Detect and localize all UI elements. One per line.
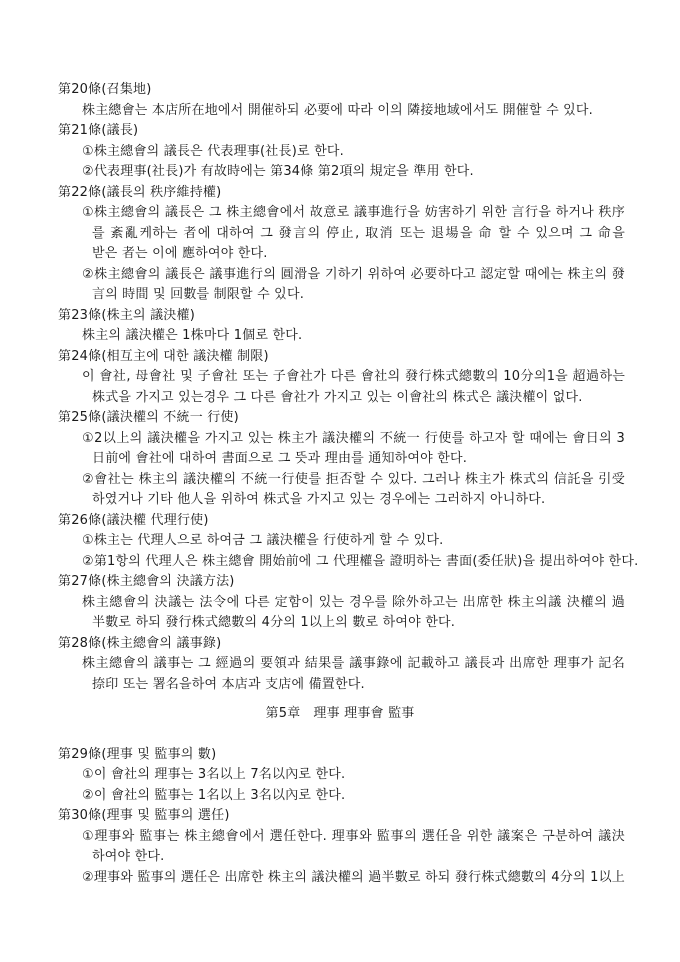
article-title: 第25條(議決權의 不統一 行使)	[58, 408, 680, 429]
article-title: 第30條(理事 및 監事의 選任)	[58, 806, 680, 827]
clause-line: ②이 會社의 監事는 1名以上 3名以內로 한다.	[82, 786, 680, 807]
article-title: 第29條(理事 및 監事의 數)	[58, 745, 680, 766]
clause-line: ①2以上의 議決權을 가지고 있는 株主가 議決權의 不統一 行使를 하고자 할…	[82, 429, 625, 450]
continuation-line: 를 紊亂케하는 者에 대하여 그 發言의 停止, 取消 또는 退場을 命 할 수…	[92, 224, 625, 245]
document-body: 第20條(召集地)株主總會는 本店所在地에서 開催하되 必要에 따라 이의 隣接…	[0, 80, 680, 888]
article-title: 第22條(議長의 秩序維持權)	[58, 183, 680, 204]
article-title: 第21條(議長)	[58, 121, 680, 142]
article-title: 第23條(株主의 議決權)	[58, 306, 680, 327]
clause-line: ②株主總會의 議長은 議事進行의 圓滑을 기하기 위하여 必要하다고 認定할 때…	[82, 265, 625, 286]
clause-line: ②會社는 株主의 議決權의 不統一行使를 拒否할 수 있다. 그러나 株主가 株…	[82, 470, 625, 491]
document-page: 第20條(召集地)株主總會는 本店所在地에서 開催하되 必要에 따라 이의 隣接…	[0, 0, 680, 962]
continuation-line: 捺印 또는 署名을하여 本店과 支店에 備置한다.	[92, 675, 680, 696]
continuation-line: 하였거나 기타 他人을 위하여 株式을 가지고 있는 경우에는 그러하지 아니하…	[92, 490, 680, 511]
clause-line: ②代表理事(社長)가 有故時에는 第34條 第2項의 規定을 準用 한다.	[82, 162, 680, 183]
article-title: 第27條(株主總會의 決議方法)	[58, 572, 680, 593]
paragraph-line: 株主總會의 決議는 法令에 다른 定함이 있는 경우를 除外하고는 出席한 株主…	[82, 593, 625, 614]
continuation-line: 日前에 會社에 대하여 書面으로 그 뜻과 理由를 通知하여야 한다.	[92, 449, 680, 470]
continuation-line: 株式을 가지고 있는경우 그 다른 會社가 가지고 있는 이會社의 株式은 議決…	[92, 388, 680, 409]
paragraph-line: 이 會社, 母會社 및 子會社 또는 子會社가 다른 會社의 發行株式總數의 1…	[82, 367, 625, 388]
continuation-line: 半數로 하되 發行株式總數의 4分의 1以上의 數로 하여야 한다.	[92, 613, 680, 634]
clause-line: ①株主는 代理人으로 하여금 그 議決權을 行使하게 할 수 있다.	[82, 531, 680, 552]
paragraph-line: 株主의 議決權은 1株마다 1個로 한다.	[82, 326, 680, 347]
continuation-line: 받은 者는 이에 應하여야 한다.	[92, 244, 680, 265]
clause-line: ①株主總會의 議長은 代表理事(社長)로 한다.	[82, 142, 680, 163]
article-title: 第24條(相互主에 대한 議決權 制限)	[58, 347, 680, 368]
paragraph-line: 株主總會의 議事는 그 經過의 要領과 結果를 議事錄에 記載하고 議長과 出席…	[82, 654, 625, 675]
article-title: 第26條(議決權 代理行使)	[58, 511, 680, 532]
article-title: 第28條(株主總會의 議事錄)	[58, 634, 680, 655]
clause-line: ①株主總會의 議長은 그 株主總會에서 故意로 議事進行을 妨害하기 위한 言行…	[82, 203, 625, 224]
clause-line: ②第1항의 代理人은 株主總會 開始前에 그 代理權을 證明하는 書面(委任狀)…	[82, 552, 680, 573]
clause-line: ①理事와 監事는 株主總會에서 選任한다. 理事와 監事의 選任을 위한 議案은…	[82, 827, 625, 848]
paragraph-line: 株主總會는 本店所在地에서 開催하되 必要에 따라 이의 隣接地域에서도 開催할…	[82, 101, 680, 122]
article-title: 第20條(召集地)	[58, 80, 680, 101]
clause-line: ①이 會社의 理事는 3名以上 7名以內로 한다.	[82, 765, 680, 786]
continuation-line: 言의 時間 및 回數를 制限할 수 있다.	[92, 285, 680, 306]
chapter-heading: 第5章 理事 理事會 監事	[0, 704, 680, 725]
clause-line: ②理事와 監事의 選任은 出席한 株主의 議決權의 過半數로 하되 發行株式總數…	[82, 868, 625, 889]
continuation-line: 하여야 한다.	[92, 847, 680, 868]
